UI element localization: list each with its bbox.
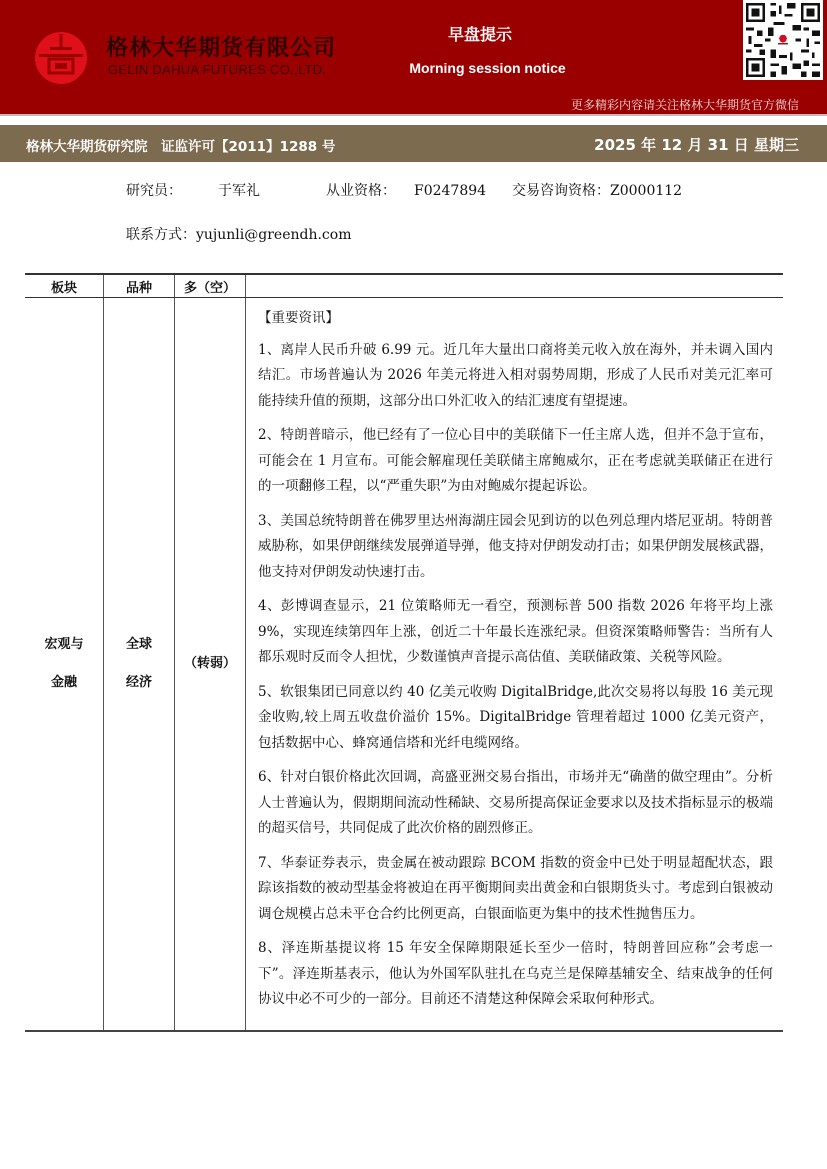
divider — [0, 114, 827, 116]
contact-email[interactable]: yujunli@greendh.com — [196, 227, 351, 243]
news-item: 8、泽连斯基提议将 15 年安全保障期限延长至少一倍时，特朗普回应称”会考虑一下… — [258, 936, 773, 1013]
news-item: 5、软银集团已同意以约 40 亿美元收购 DigitalBridge,此次交易将… — [258, 680, 773, 757]
news-item: 4、彭博调查显示，21 位策略师无一看空，预测标普 500 指数 2026 年将… — [258, 594, 773, 671]
sector-cell: 宏观与 金融 — [25, 298, 104, 1031]
header-banner: 格林大华期货有限公司 GELIN DAHUA FUTURES CO.,LTD. … — [0, 0, 827, 115]
direction-cell: （转弱） — [175, 298, 246, 1031]
sector-line1: 宏观与 — [25, 626, 103, 664]
news-item: 2、特朗普暗示，他已经有了一位心目中的美联储下一任主席人选，但并不急于宣布，可能… — [258, 423, 773, 500]
wechat-prompt: 更多精彩内容请关注格林大华期货官方微信 — [571, 96, 799, 113]
company-name-cn: 格林大华期货有限公司 — [106, 31, 336, 62]
analyst-label: 研究员： — [126, 180, 218, 200]
news-content: 【重要资讯】 1、离岸人民币升破 6.99 元。近几年大量出口商将美元收入放在海… — [246, 298, 784, 1031]
variety-line1: 全球 — [104, 626, 174, 664]
table-header-row: 板块 品种 多（空） — [25, 274, 783, 298]
contact-info: 联系方式：yujunli@greendh.com — [126, 224, 351, 244]
institute-license: 格林大华期货研究院 证监许可【2011】1288 号 — [26, 135, 335, 155]
header-variety: 品种 — [104, 274, 175, 298]
news-item: 7、华泰证券表示，贵金属在被动跟踪 BCOM 指数的资金中已处于明显超配状态，跟… — [258, 851, 773, 928]
sector-line2: 金融 — [25, 664, 103, 702]
qualification-label: 从业资格： — [326, 180, 414, 200]
header-sector: 板块 — [25, 274, 104, 298]
news-item: 3、美国总统特朗普在佛罗里达州海湖庄园会见到访的以色列总理内塔尼亚胡。特朗普威胁… — [258, 509, 773, 586]
news-item: 1、离岸人民币升破 6.99 元。近几年大量出口商将美元收入放在海外，并未调入国… — [258, 338, 773, 415]
analyst-info: 研究员：于军礼从业资格：F0247894交易咨询资格：Z0000112 — [126, 180, 682, 200]
company-name-en: GELIN DAHUA FUTURES CO.,LTD. — [108, 62, 326, 77]
header-content — [246, 274, 784, 298]
table-row: 宏观与 金融 全球 经济 （转弱） 【重要资讯】 1、离岸人民币升破 6.99 … — [25, 298, 783, 1031]
consult-label: 交易咨询资格： — [512, 180, 610, 200]
qualification-value: F0247894 — [414, 183, 512, 199]
report-date: 2025 年 12 月 31 日 星期三 — [594, 134, 799, 155]
info-bar: 格林大华期货研究院 证监许可【2011】1288 号 2025 年 12 月 3… — [0, 125, 827, 162]
company-logo-icon — [33, 30, 89, 86]
section-title: 【重要资讯】 — [258, 306, 773, 332]
report-title-en: Morning session notice — [395, 60, 580, 76]
consult-value: Z0000112 — [610, 183, 682, 199]
variety-line2: 经济 — [104, 664, 174, 702]
market-table: 板块 品种 多（空） 宏观与 金融 全球 经济 （转弱） 【重要资讯】 1、离岸… — [25, 273, 783, 1032]
news-item: 6、针对白银价格此次回调，高盛亚洲交易台指出，市场并无“确凿的做空理由”。分析人… — [258, 765, 773, 842]
report-title-cn: 早盘提示 — [400, 22, 560, 45]
contact-label: 联系方式： — [126, 227, 196, 243]
analyst-name: 于军礼 — [218, 180, 326, 200]
variety-cell: 全球 经济 — [104, 298, 175, 1031]
wechat-qr-code-icon — [743, 0, 823, 80]
header-direction: 多（空） — [175, 274, 246, 298]
